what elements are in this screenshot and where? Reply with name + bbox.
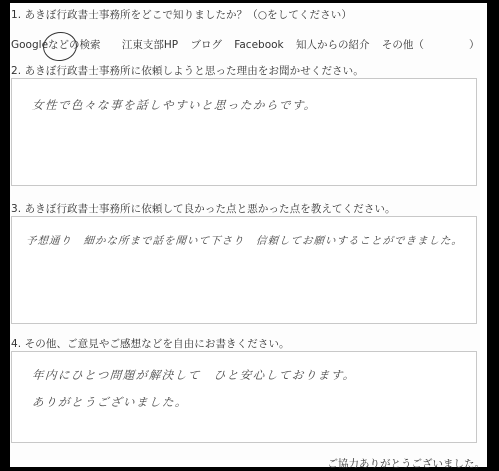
survey-sheet: 1. あきぼ行政書士事務所をどこで知りましたか？（○をしてください） Googl… [10,3,487,467]
question-3-answer-line: 予想通り 細かな所まで話を聞いて下さり 信頼してお願いすることができました。 [25,233,463,248]
question-1-options: Googleなどの検索 江東支部HP ブログ Facebook 知人からの紹介 … [11,37,433,52]
option-facebook[interactable]: Facebook [234,39,283,51]
hand-drawn-circle [41,30,79,63]
question-2-answer-box[interactable]: 女性で色々な事を話しやすいと思ったからです。 [11,78,477,186]
question-3-label: 3. あきぼ行政書士事務所に依頼して良かった点と悪かった点を教えてください。 [11,201,396,216]
question-2-answer-line: 女性で色々な事を話しやすいと思ったからです。 [31,97,317,113]
question-4-answer-line-1: 年内にひとつ問題が解決して ひと安心しております。 [31,367,356,383]
question-4-label: 4. その他、ご意見やご感想などを自由にお書きください。 [11,336,290,351]
option-blog[interactable]: ブログ [190,39,222,51]
question-3-answer-box[interactable]: 予想通り 細かな所まで話を聞いて下さり 信頼してお願いすることができました。 [11,216,477,324]
option-other-close: ） [469,37,480,52]
option-koto-branch-hp[interactable]: 江東支部HP [122,39,178,51]
question-4-answer-line-2: ありがとうございました。 [31,394,188,410]
question-1-label: 1. あきぼ行政書士事務所をどこで知りましたか？（○をしてください） [11,7,352,22]
question-4-answer-box[interactable]: 年内にひとつ問題が解決して ひと安心しております。 ありがとうございました。 [11,351,477,443]
thank-you-footer: ご協力ありがとうございました。 [328,456,486,471]
question-2-label: 2. あきぼ行政書士事務所に依頼しようと思った理由をお聞かせください。 [11,63,364,78]
option-google-search[interactable]: Googleなどの検索 [11,39,110,51]
option-other[interactable]: その他（ [382,39,424,51]
option-referral[interactable]: 知人からの紹介 [296,39,370,51]
